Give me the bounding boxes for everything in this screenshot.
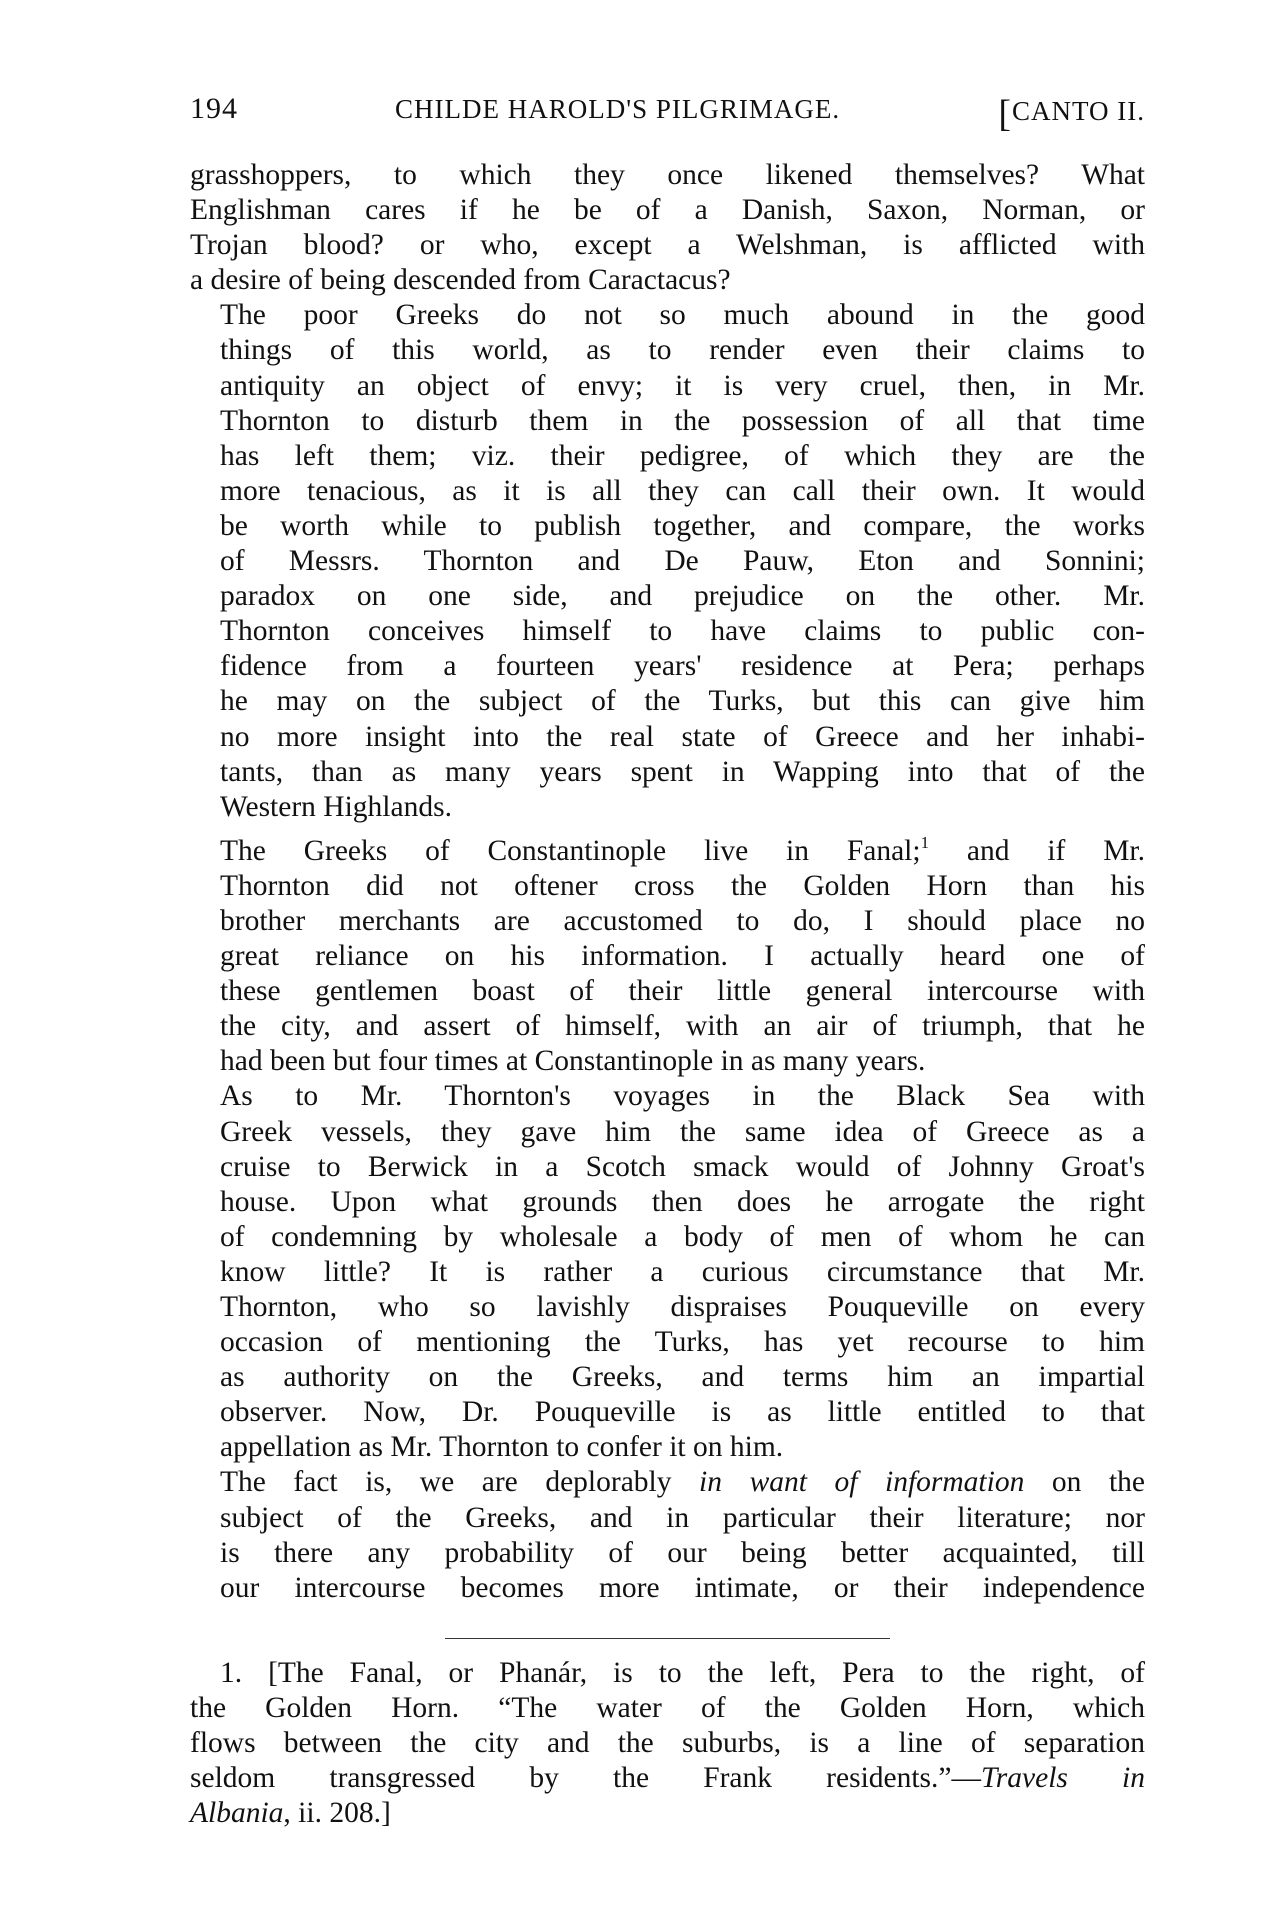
text-line: The fact is, we are deplorably in want o…: [190, 1465, 1145, 1500]
text-line: observer. Now, Dr. Pouqueville is as lit…: [190, 1395, 1145, 1430]
text-line: more tenacious, as it is all they can ca…: [190, 474, 1145, 509]
text-line: know little? It is rather a curious circ…: [190, 1255, 1145, 1290]
text-line: as authority on the Greeks, and terms hi…: [190, 1360, 1145, 1395]
canto-bracket: [: [998, 93, 1012, 135]
text-line: Greek vessels, they gave him the same id…: [190, 1115, 1145, 1150]
text-line: paradox on one side, and prejudice on th…: [190, 579, 1145, 614]
citation-locator: , ii. 208.]: [283, 1797, 390, 1829]
text-line: is there any probability of our being be…: [190, 1536, 1145, 1571]
text-line: our intercourse becomes more intimate, o…: [190, 1571, 1145, 1606]
text-segment: [The Fanal, or Phanár, is to the left, P…: [268, 1657, 1145, 1689]
footnote-separator: [445, 1638, 890, 1639]
text-line: As to Mr. Thornton's voyages in the Blac…: [190, 1079, 1145, 1114]
text-line: has left them; viz. their pedigree, of w…: [190, 439, 1145, 474]
text-line: antiquity an object of envy; it is very …: [190, 369, 1145, 404]
footnote-line: flows between the city and the suburbs, …: [190, 1726, 1145, 1761]
canto-text: CANTO II.: [1012, 96, 1145, 126]
citation-title: Travels in: [981, 1762, 1145, 1794]
text-line: Thornton to disturb them in the possessi…: [190, 404, 1145, 439]
text-line: Western Highlands.: [190, 790, 1145, 825]
footnote-line: 1. [The Fanal, or Phanár, is to the left…: [190, 1656, 1145, 1691]
text-line: Thornton did not oftener cross the Golde…: [190, 869, 1145, 904]
text-line: grasshoppers, to which they once likened…: [190, 158, 1145, 193]
text-line: of condemning by wholesale a body of men…: [190, 1220, 1145, 1255]
text-line: a desire of being descended from Caracta…: [190, 263, 1145, 298]
text-line: no more insight into the real state of G…: [190, 720, 1145, 755]
text-line: things of this world, as to render even …: [190, 333, 1145, 368]
paragraph: The fact is, we are deplorably in want o…: [190, 1465, 1145, 1605]
text-line: Thornton, who so lavishly dispraises Pou…: [190, 1290, 1145, 1325]
page-number: 194: [190, 92, 238, 126]
text-line: of Messrs. Thornton and De Pauw, Eton an…: [190, 544, 1145, 579]
paragraph: grasshoppers, to which they once likened…: [190, 158, 1145, 298]
running-title: CHILDE HAROLD'S PILGRIMAGE.: [395, 94, 840, 125]
text-segment: The fact is, we are deplorably: [220, 1466, 672, 1498]
text-line: tants, than as many years spent in Wappi…: [190, 755, 1145, 790]
text-line: the city, and assert of himself, with an…: [190, 1009, 1145, 1044]
text-line: great reliance on his information. I act…: [190, 939, 1145, 974]
footnote-ref[interactable]: 1: [921, 833, 930, 852]
footnote: 1. [The Fanal, or Phanár, is to the left…: [190, 1656, 1145, 1831]
text-line: he may on the subject of the Turks, but …: [190, 684, 1145, 719]
footnote-line: seldom transgressed by the Frank residen…: [190, 1761, 1145, 1796]
paragraph: The Greeks of Constantinople live in Fan…: [190, 825, 1145, 1080]
running-header: 194 CHILDE HAROLD'S PILGRIMAGE. [CANTO I…: [190, 92, 1145, 132]
text-line: Trojan blood? or who, except a Welshman,…: [190, 228, 1145, 263]
text-line: be worth while to publish together, and …: [190, 509, 1145, 544]
footnote-number: 1.: [220, 1657, 242, 1689]
text-line: Thornton conceives himself to have claim…: [190, 614, 1145, 649]
footnote-line: the Golden Horn. “The water of the Golde…: [190, 1691, 1145, 1726]
text-segment: on the: [1024, 1466, 1145, 1498]
body-text: grasshoppers, to which they once likened…: [190, 158, 1145, 1606]
text-line: Englishman cares if he be of a Danish, S…: [190, 193, 1145, 228]
text-line: The poor Greeks do not so much abound in…: [190, 298, 1145, 333]
paragraph: As to Mr. Thornton's voyages in the Blac…: [190, 1079, 1145, 1465]
canto-label: [CANTO II.: [998, 92, 1145, 136]
text-segment: The Greeks of Constantinople live in Fan…: [220, 835, 921, 867]
italic-segment: in want of information: [672, 1466, 1025, 1498]
text-line: appellation as Mr. Thornton to confer it…: [190, 1430, 1145, 1465]
text-line: these gentlemen boast of their little ge…: [190, 974, 1145, 1009]
text-line: brother merchants are accustomed to do, …: [190, 904, 1145, 939]
citation-title: Albania: [190, 1797, 283, 1829]
text-segment: and if Mr.: [929, 835, 1145, 867]
text-line: had been but four times at Constantinopl…: [190, 1044, 1145, 1079]
paragraph: The poor Greeks do not so much abound in…: [190, 298, 1145, 824]
text-line: subject of the Greeks, and in particular…: [190, 1501, 1145, 1536]
text-line: occasion of mentioning the Turks, has ye…: [190, 1325, 1145, 1360]
text-line: fidence from a fourteen years' residence…: [190, 649, 1145, 684]
text-line: house. Upon what grounds then does he ar…: [190, 1185, 1145, 1220]
text-line: The Greeks of Constantinople live in Fan…: [190, 825, 1145, 869]
footnote-line: Albania, ii. 208.]: [190, 1796, 1145, 1831]
text-segment: seldom transgressed by the Frank residen…: [190, 1762, 981, 1794]
text-line: cruise to Berwick in a Scotch smack woul…: [190, 1150, 1145, 1185]
